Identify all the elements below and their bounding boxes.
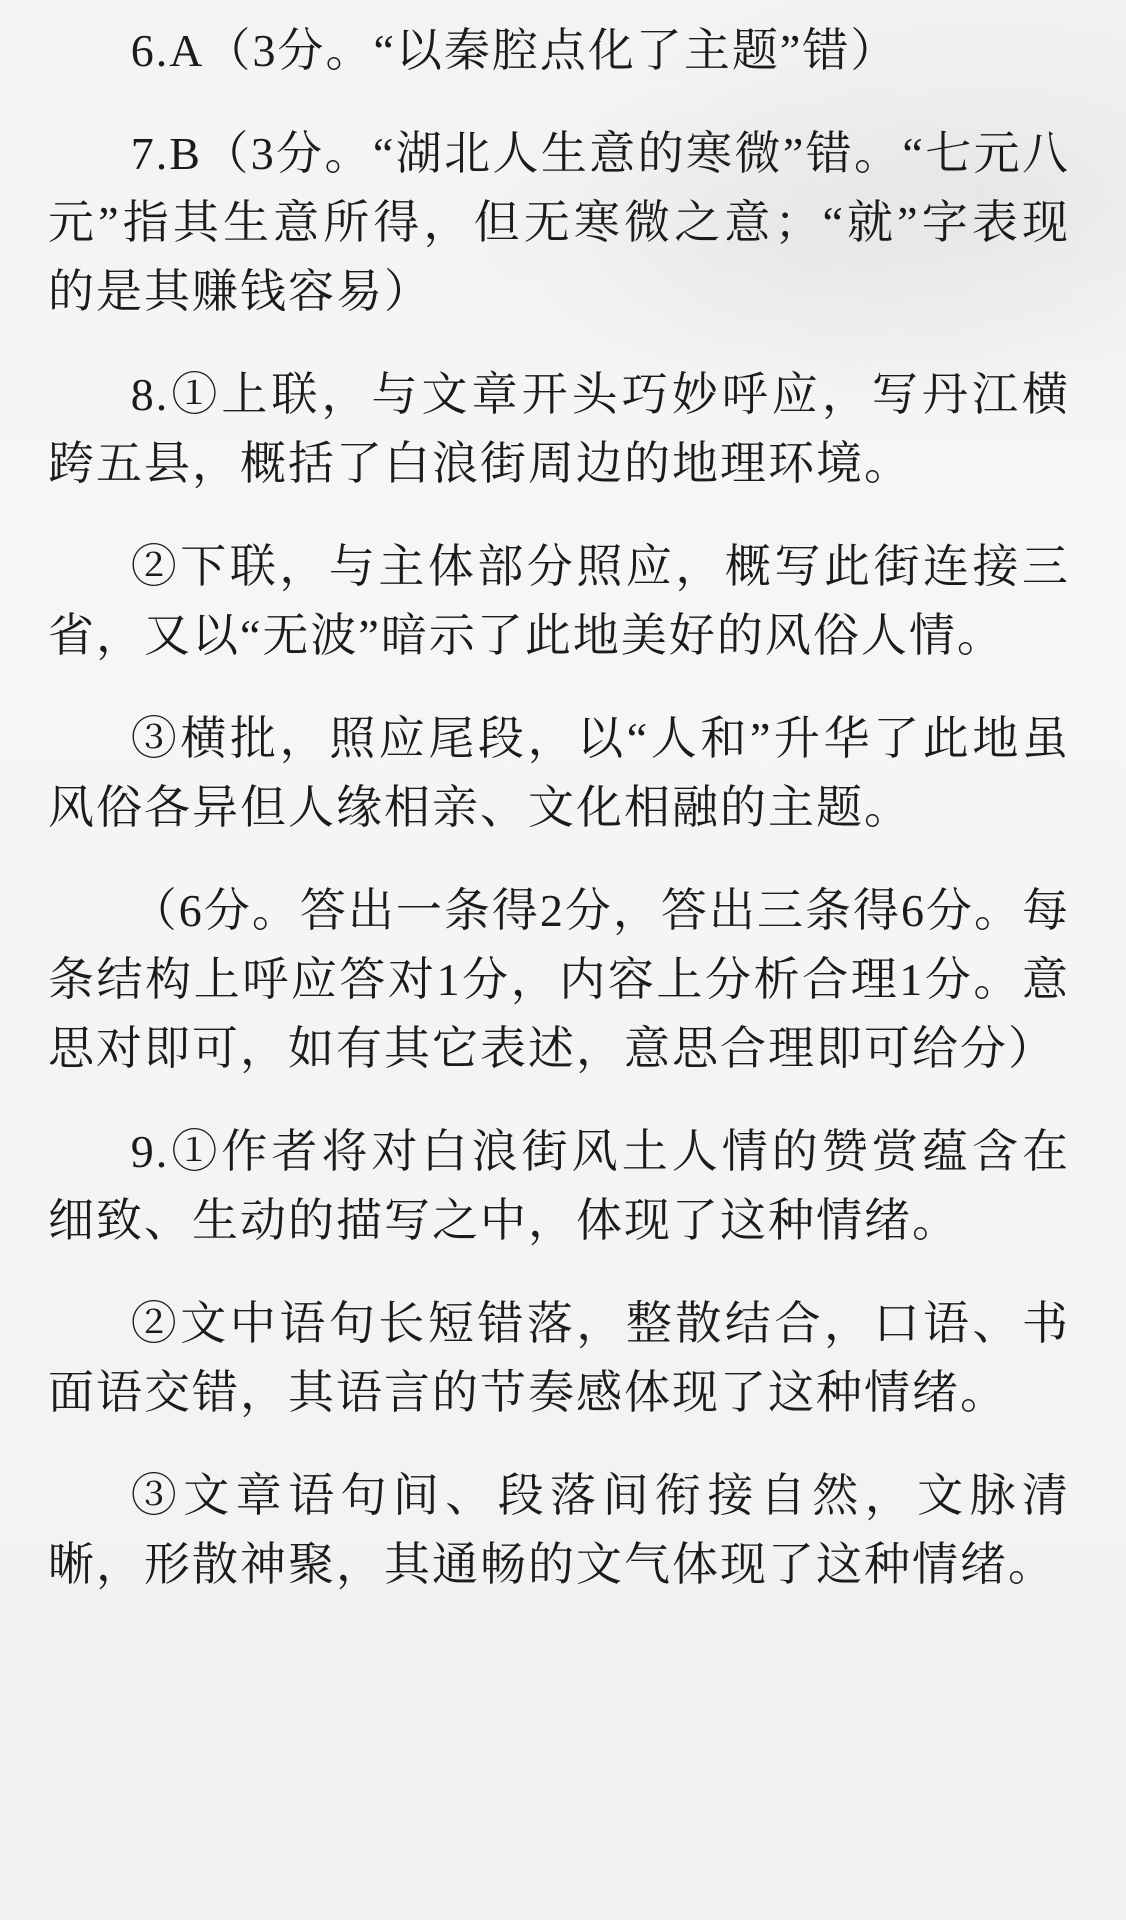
answer-6: 6.A（3分。“以秦腔点化了主题”错） <box>48 16 1070 85</box>
answer-9-point-3: ③文章语句间、段落间衔接自然，文脉清晰，形散神聚，其通畅的文气体现了这种情绪。 <box>48 1461 1070 1599</box>
answer-8-point-1: 8.①上联，与文章开头巧妙呼应，写丹江横跨五县，概括了白浪街周边的地理环境。 <box>48 360 1070 498</box>
answer-7: 7.B（3分。“湖北人生意的寒微”错。“七元八元”指其生意所得，但无寒微之意；“… <box>48 119 1070 326</box>
answer-9-point-2: ②文中语句长短错落，整散结合，口语、书面语交错，其语言的节奏感体现了这种情绪。 <box>48 1289 1070 1427</box>
answer-key-body: 6.A（3分。“以秦腔点化了主题”错） 7.B（3分。“湖北人生意的寒微”错。“… <box>0 0 1126 1920</box>
scanned-answer-page: { "content": { "colors": { "text": "#1b1… <box>0 0 1126 1920</box>
answer-8-point-3: ③横批，照应尾段，以“人和”升华了此地虽风俗各异但人缘相亲、文化相融的主题。 <box>48 704 1070 842</box>
answer-8-scoring-note: （6分。答出一条得2分，答出三条得6分。每条结构上呼应答对1分，内容上分析合理1… <box>48 876 1070 1083</box>
answer-8-point-2: ②下联，与主体部分照应，概写此街连接三省，又以“无波”暗示了此地美好的风俗人情。 <box>48 532 1070 670</box>
answer-9-point-1: 9.①作者将对白浪街风土人情的赞赏蕴含在细致、生动的描写之中，体现了这种情绪。 <box>48 1117 1070 1255</box>
